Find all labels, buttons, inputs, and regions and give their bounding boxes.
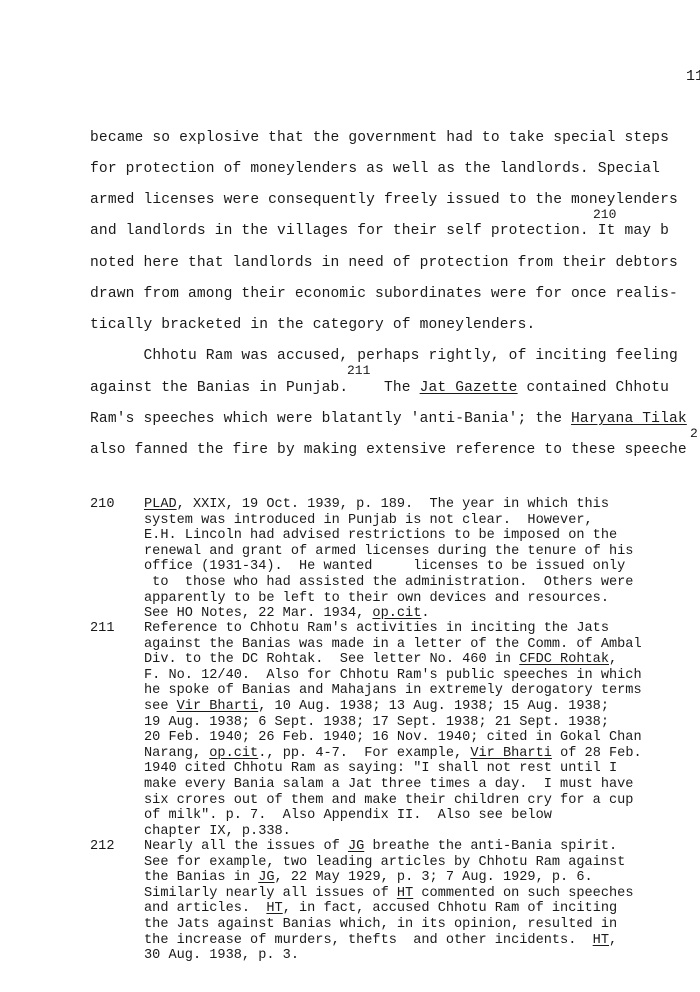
footnote-line: office (1931-34). He wanted licenses to … (144, 559, 625, 575)
footnote-line: system was introduced in Punjab is not c… (144, 513, 593, 529)
footnote-line: make every Bania salam a Jat three times… (144, 777, 633, 793)
body-line: noted here that landlords in need of pro… (90, 255, 678, 271)
footnote-line: PLAD, XXIX, 19 Oct. 1939, p. 189. The ye… (144, 497, 609, 513)
footnote-line: the increase of murders, thefts and othe… (144, 933, 617, 949)
footnote-line: of milk". p. 7. Also Appendix II. Also s… (144, 808, 552, 824)
footnote-line: see Vir Bharti, 10 Aug. 1938; 13 Aug. 19… (144, 699, 609, 715)
body-text-span: against the Banias in Punjab. The (90, 380, 420, 396)
body-line: armed licenses were consequently freely … (90, 192, 678, 208)
footnote-line: and articles. HT, in fact, accused Chhot… (144, 901, 617, 917)
footnote-number: 210 (90, 497, 114, 512)
footnote-line: F. No. 12/40. Also for Chhotu Ram's publ… (144, 668, 642, 684)
body-line: against the Banias in Punjab. The Jat Ga… (90, 380, 669, 396)
footnote-line: the Banias in JG, 22 May 1929, p. 3; 7 A… (144, 870, 593, 886)
footnote-line: against the Banias was made in a letter … (144, 637, 642, 653)
footnote-ref-212: 2 (690, 426, 698, 441)
body-text-span: Ram's speeches which were blatantly 'ant… (90, 411, 571, 427)
body-line: Ram's speeches which were blatantly 'ant… (90, 411, 687, 427)
footnote-line: 30 Aug. 1938, p. 3. (144, 948, 299, 964)
haryana-tilak-title: Haryana Tilak (571, 411, 687, 427)
footnote-ref-211: 211 (347, 363, 370, 378)
footnote-line: apparently to be left to their own devic… (144, 591, 609, 607)
footnote-line: 1940 cited Chhotu Ram as saying: "I shal… (144, 761, 617, 777)
footnote-line: See for example, two leading articles by… (144, 855, 625, 871)
page-number: 11 (686, 68, 700, 85)
footnote-line: six crores out of them and make their ch… (144, 793, 633, 809)
footnote-line: Narang, op.cit., pp. 4-7. For example, V… (144, 746, 642, 762)
footnote-line: See HO Notes, 22 Mar. 1934, op.cit. (144, 606, 430, 622)
footnote-number: 211 (90, 621, 114, 636)
body-line: tically bracketed in the category of mon… (90, 317, 535, 333)
body-line: also fanned the fire by making extensive… (90, 442, 687, 458)
body-line: drawn from among their economic subordin… (90, 286, 678, 302)
footnote-line: Nearly all the issues of JG breathe the … (144, 839, 617, 855)
footnote-line: he spoke of Banias and Mahajans in extre… (144, 683, 642, 699)
body-line: became so explosive that the government … (90, 130, 669, 146)
body-line: and landlords in the villages for their … (90, 223, 669, 239)
footnote-line: the Jats against Banias which, in its op… (144, 917, 617, 933)
body-text-span: contained Chhotu (518, 380, 669, 396)
footnote-line: Similarly nearly all issues of HT commen… (144, 886, 633, 902)
footnote-line: Reference to Chhotu Ram's activities in … (144, 621, 609, 637)
footnote-ref-210: 210 (593, 207, 616, 222)
footnote-number: 212 (90, 839, 114, 854)
body-line: Chhotu Ram was accused, perhaps rightly,… (90, 348, 678, 364)
footnote-line: 20 Feb. 1940; 26 Feb. 1940; 16 Nov. 1940… (144, 730, 642, 746)
footnote-line: 19 Aug. 1938; 6 Sept. 1938; 17 Sept. 193… (144, 715, 609, 731)
footnote-line: Div. to the DC Rohtak. See letter No. 46… (144, 652, 617, 668)
body-line: for protection of moneylenders as well a… (90, 161, 660, 177)
footnote-line: E.H. Lincoln had advised restrictions to… (144, 528, 617, 544)
jat-gazette-title: Jat Gazette (420, 380, 518, 396)
footnote-line: renewal and grant of armed licenses duri… (144, 544, 633, 560)
footnote-line: chapter IX, p.338. (144, 824, 291, 840)
footnote-line: to those who had assisted the administra… (144, 575, 633, 591)
